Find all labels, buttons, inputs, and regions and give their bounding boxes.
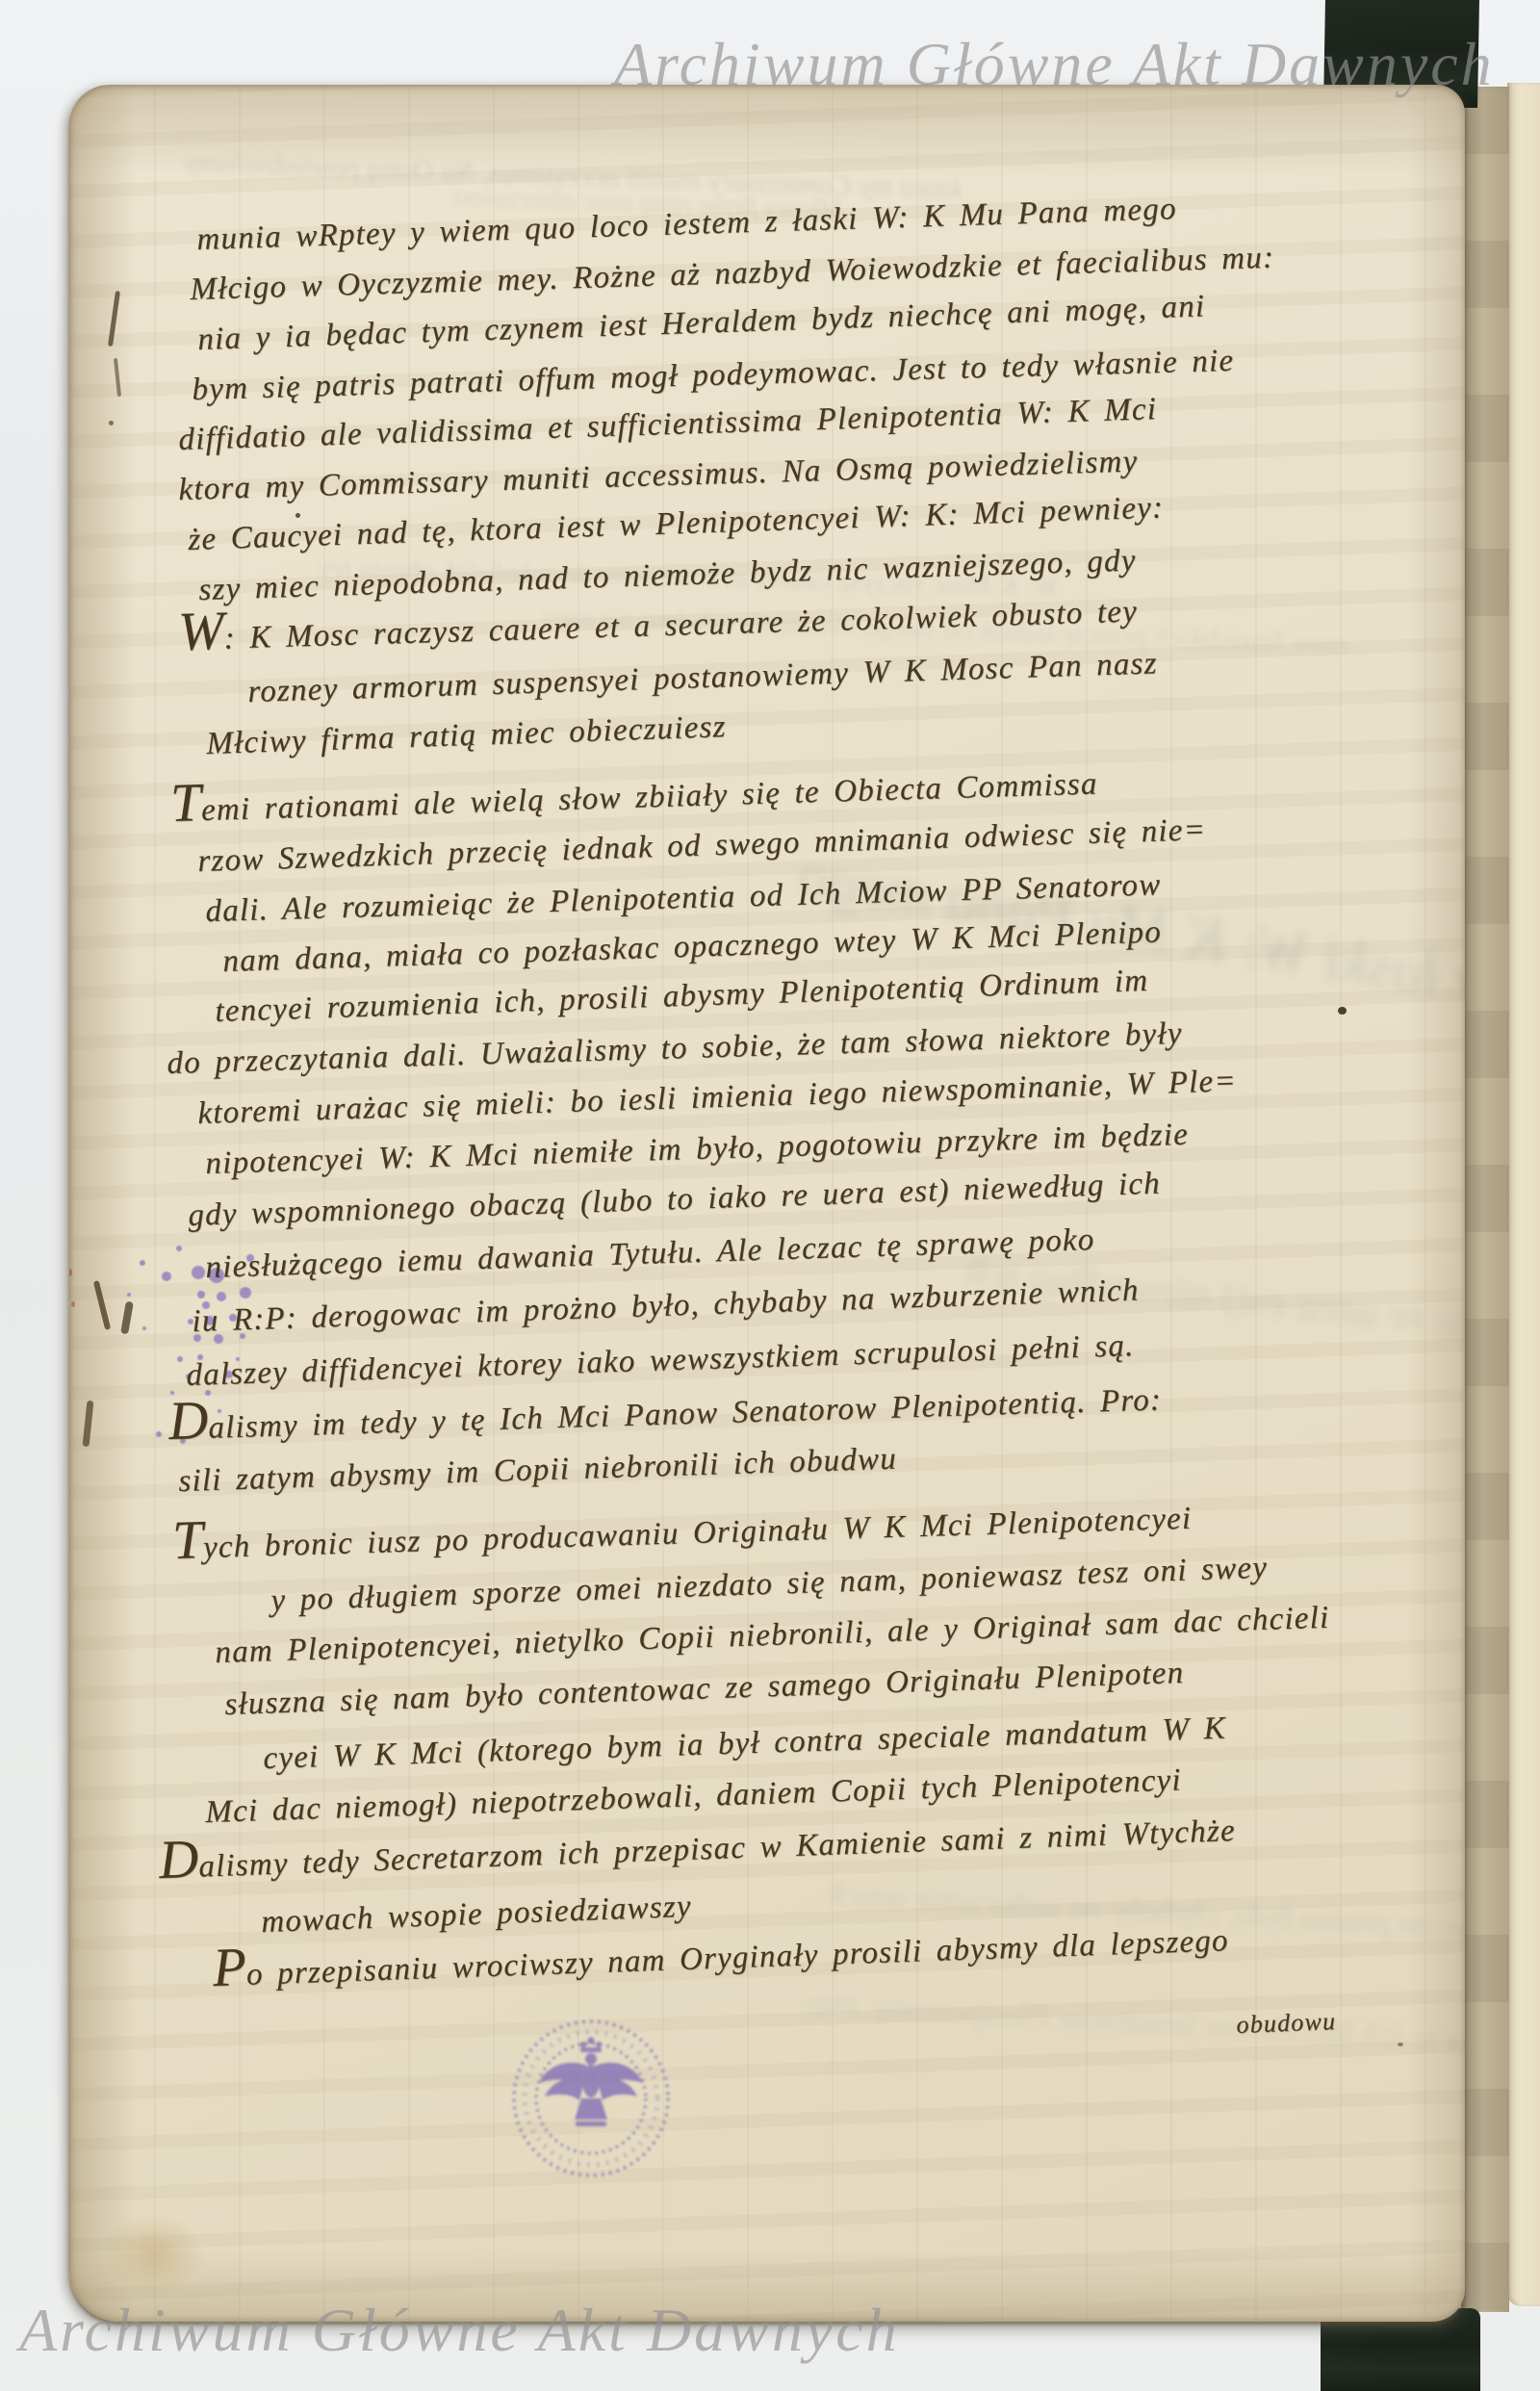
page-content-layer: ktora my Commissary muniti accessimus. N…	[0, 0, 1540, 2391]
facing-page-edge	[1507, 83, 1540, 2306]
scanned-manuscript-view: ktora my Commissary muniti accessimus. N…	[0, 0, 1540, 2391]
archive-watermark-bottom: Archiwum Główne Akt Dawnych	[19, 2295, 900, 2366]
book-fore-edge	[1461, 87, 1509, 2312]
archive-watermark-top: Archiwum Główne Akt Dawnych	[614, 29, 1495, 100]
catchword: obudowu	[1236, 2008, 1337, 2038]
archive-round-stamp	[508, 2016, 674, 2186]
crowned-eagle-emblem	[539, 2037, 643, 2126]
